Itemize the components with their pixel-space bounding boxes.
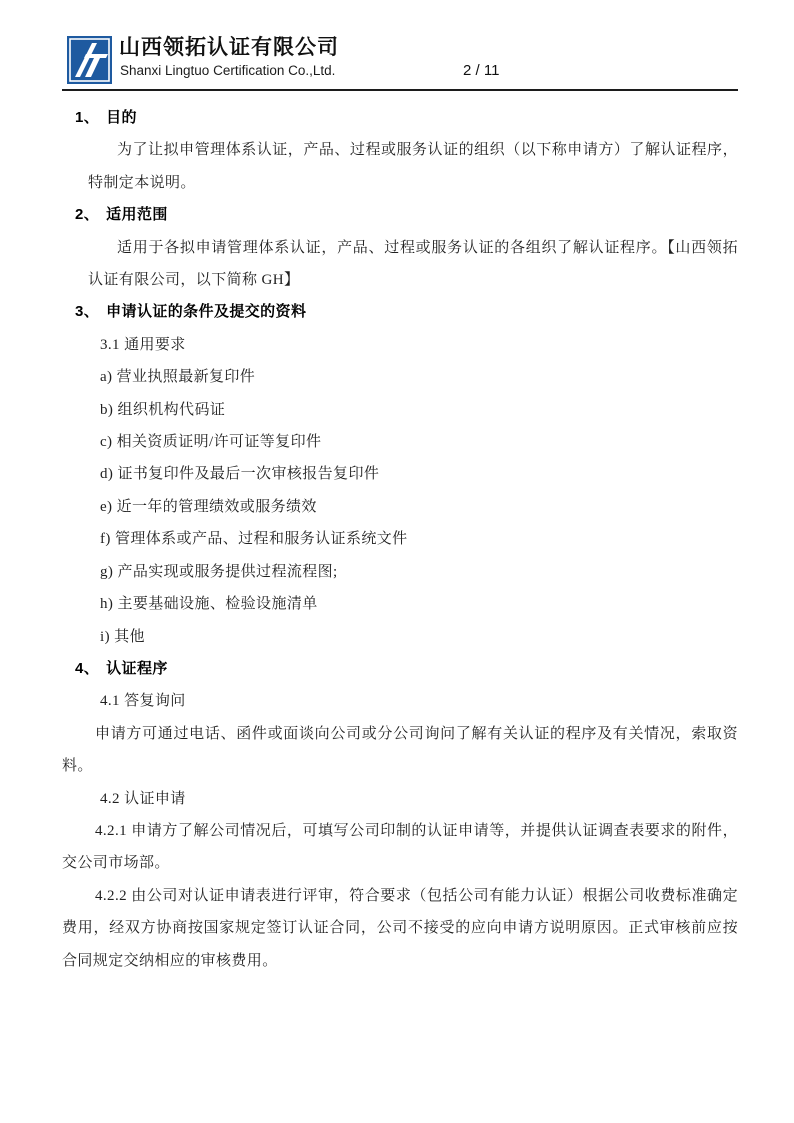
- document-page: 山西领拓认证有限公司 Shanxi Lingtuo Certification …: [0, 0, 794, 1123]
- section-2-heading: 2、适用范围: [62, 199, 738, 231]
- section-2-paragraph: 适用于各拟申请管理体系认证，产品、过程或服务认证的各组织了解认证程序。【山西领拓…: [88, 232, 738, 297]
- subsection-4-2-1-paragraph: 4.2.1 申请方了解公司情况后，可填写公司印制的认证申请等，并提供认证调查表要…: [62, 815, 738, 880]
- section-4-title: 认证程序: [106, 660, 168, 677]
- section-1-heading: 1、目的: [62, 102, 738, 134]
- section-3-number: 3、: [75, 303, 99, 320]
- section-4-heading: 4、认证程序: [62, 653, 738, 685]
- subsection-4-2: 4.2 认证申请: [62, 783, 738, 815]
- section-1-number: 1、: [75, 109, 99, 126]
- section-2-number: 2、: [75, 206, 99, 223]
- section-2-title: 适用范围: [106, 206, 168, 223]
- requirement-item-b: b) 组织机构代码证: [62, 394, 738, 426]
- document-body: 1、目的 为了让拟申管理体系认证，产品、过程或服务认证的组织（以下称申请方）了解…: [62, 102, 738, 977]
- requirement-item-a: a) 营业执照最新复印件: [62, 361, 738, 393]
- section-3-title: 申请认证的条件及提交的资料: [106, 303, 306, 320]
- requirement-item-h: h) 主要基础设施、检验设施清单: [62, 588, 738, 620]
- company-name-zh: 山西领拓认证有限公司: [119, 31, 339, 61]
- subsection-3-1: 3.1 通用要求: [62, 329, 738, 361]
- section-1-paragraph: 为了让拟申管理体系认证，产品、过程或服务认证的组织（以下称申请方）了解认证程序，…: [88, 134, 738, 199]
- requirement-item-e: e) 近一年的管理绩效或服务绩效: [62, 491, 738, 523]
- section-4-number: 4、: [75, 660, 99, 677]
- subsection-4-1: 4.1 答复询问: [62, 685, 738, 717]
- subsection-4-2-2-paragraph: 4.2.2 由公司对认证申请表进行评审，符合要求（包括公司有能力认证）根据公司收…: [62, 880, 738, 977]
- section-1-title: 目的: [106, 109, 137, 126]
- requirement-item-f: f) 管理体系或产品、过程和服务认证系统文件: [62, 523, 738, 555]
- section-3-heading: 3、申请认证的条件及提交的资料: [62, 296, 738, 328]
- page-number: 2 / 11: [463, 62, 499, 79]
- requirement-item-d: d) 证书复印件及最后一次审核报告复印件: [62, 458, 738, 490]
- header-divider: [62, 89, 738, 91]
- subsection-4-1-paragraph: 申请方可通过电话、函件或面谈向公司或分公司询问了解有关认证的程序及有关情况，索取…: [62, 718, 738, 783]
- company-logo-icon: [67, 36, 112, 84]
- company-name-en: Shanxi Lingtuo Certification Co.,Ltd.: [120, 63, 335, 78]
- requirement-item-g: g) 产品实现或服务提供过程流程图;: [62, 556, 738, 588]
- requirement-item-i: i) 其他: [62, 621, 738, 653]
- requirement-item-c: c) 相关资质证明/许可证等复印件: [62, 426, 738, 458]
